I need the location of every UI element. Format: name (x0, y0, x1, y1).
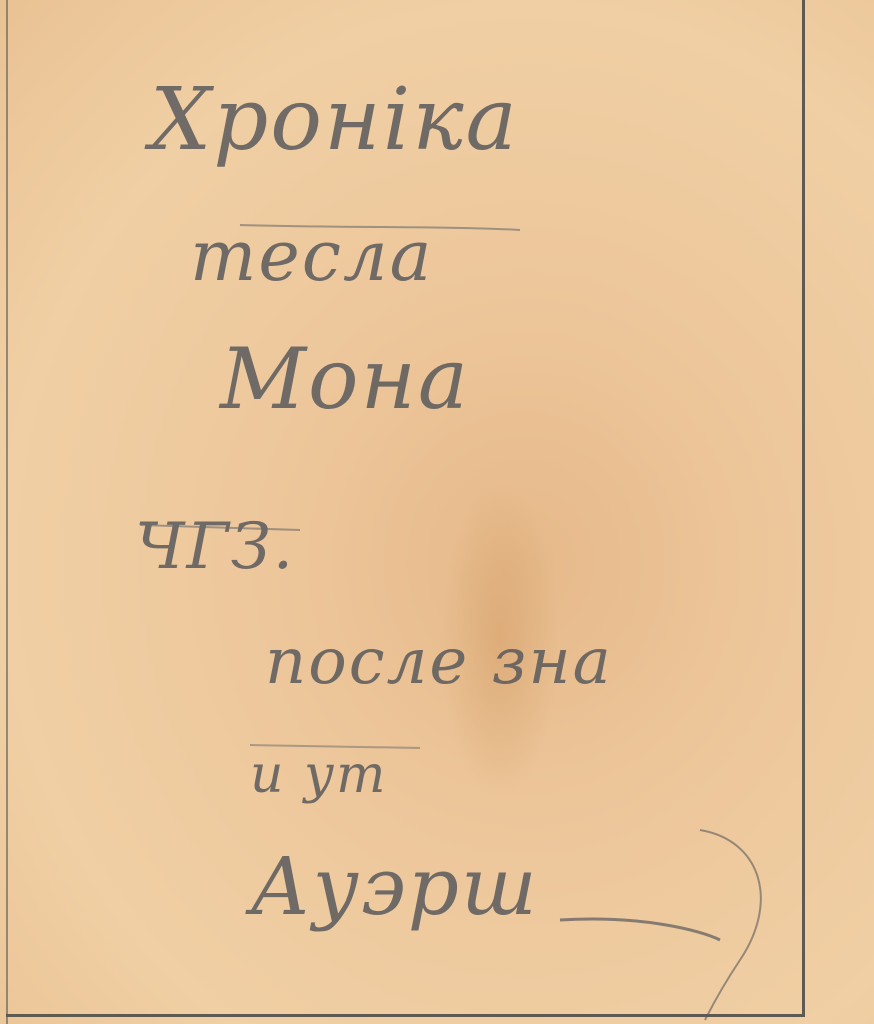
ink-strokes (0, 0, 874, 1024)
